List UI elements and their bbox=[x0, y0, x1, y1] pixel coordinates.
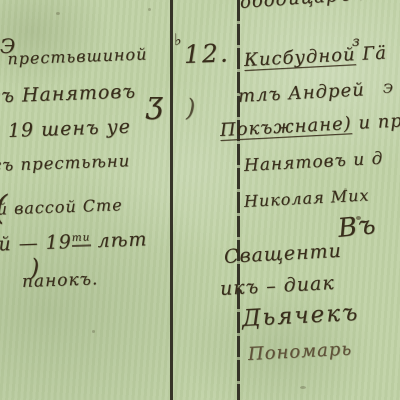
flourish-paren-icon: ) bbox=[186, 94, 195, 122]
handwritten-line: ссъ Нанятовъ bbox=[0, 80, 136, 108]
superscript-ti: ти bbox=[72, 231, 91, 247]
handwritten-line: Пономарь bbox=[247, 339, 352, 365]
handwritten-line: Дьячекъ bbox=[241, 300, 360, 332]
handwritten-line: Сващенти bbox=[223, 240, 342, 268]
handwritten-line: Нанятовъ и д bbox=[243, 149, 383, 176]
column-rule-left bbox=[170, 0, 173, 400]
handwritten-line: Покъжнане) и пр bbox=[219, 110, 400, 141]
entry-number: 12. bbox=[183, 38, 230, 69]
flourish-e-icon: Э bbox=[383, 82, 393, 97]
line-text: Гӓ bbox=[355, 43, 387, 66]
handwritten-line: икъ – диак bbox=[219, 272, 335, 300]
handwritten-line: ой — 19ти лѣт bbox=[0, 228, 148, 256]
header-fragment: ободицаръ : bbox=[239, 0, 365, 13]
handwritten-line: 19 шенъ уе bbox=[8, 116, 132, 142]
line-text: ой — 19 bbox=[0, 231, 72, 256]
paper-speck bbox=[92, 330, 95, 333]
flat-mark-icon: ♭ bbox=[174, 30, 182, 49]
line-text: лѣт bbox=[90, 228, 148, 252]
flourish-z-icon: ʒ bbox=[146, 86, 163, 121]
handwritten-line: Николая Мих bbox=[244, 185, 370, 211]
scanned-register-page: ободицаръ : з Э и престьвшиной ссъ Нанят… bbox=[0, 0, 400, 400]
handwritten-line: съ престьѣни bbox=[0, 151, 131, 175]
ink-blot bbox=[356, 216, 361, 220]
handwritten-line: панокъ. bbox=[22, 269, 99, 292]
line-text: и пр bbox=[351, 110, 400, 134]
handwritten-line: Кисбудной Гӓ bbox=[243, 43, 387, 71]
paper-speck bbox=[344, 188, 347, 191]
paper-speck bbox=[148, 8, 151, 11]
column-rule-right bbox=[237, 0, 240, 400]
handwritten-line: тлъ Андрей bbox=[237, 79, 365, 107]
handwritten-line: ой вассой Сте bbox=[0, 195, 123, 219]
underlined-text: Кисбудной bbox=[243, 44, 356, 71]
handwritten-line: и престьвшиной bbox=[0, 45, 148, 69]
paper-speck bbox=[56, 12, 60, 15]
paper-speck bbox=[300, 386, 306, 389]
